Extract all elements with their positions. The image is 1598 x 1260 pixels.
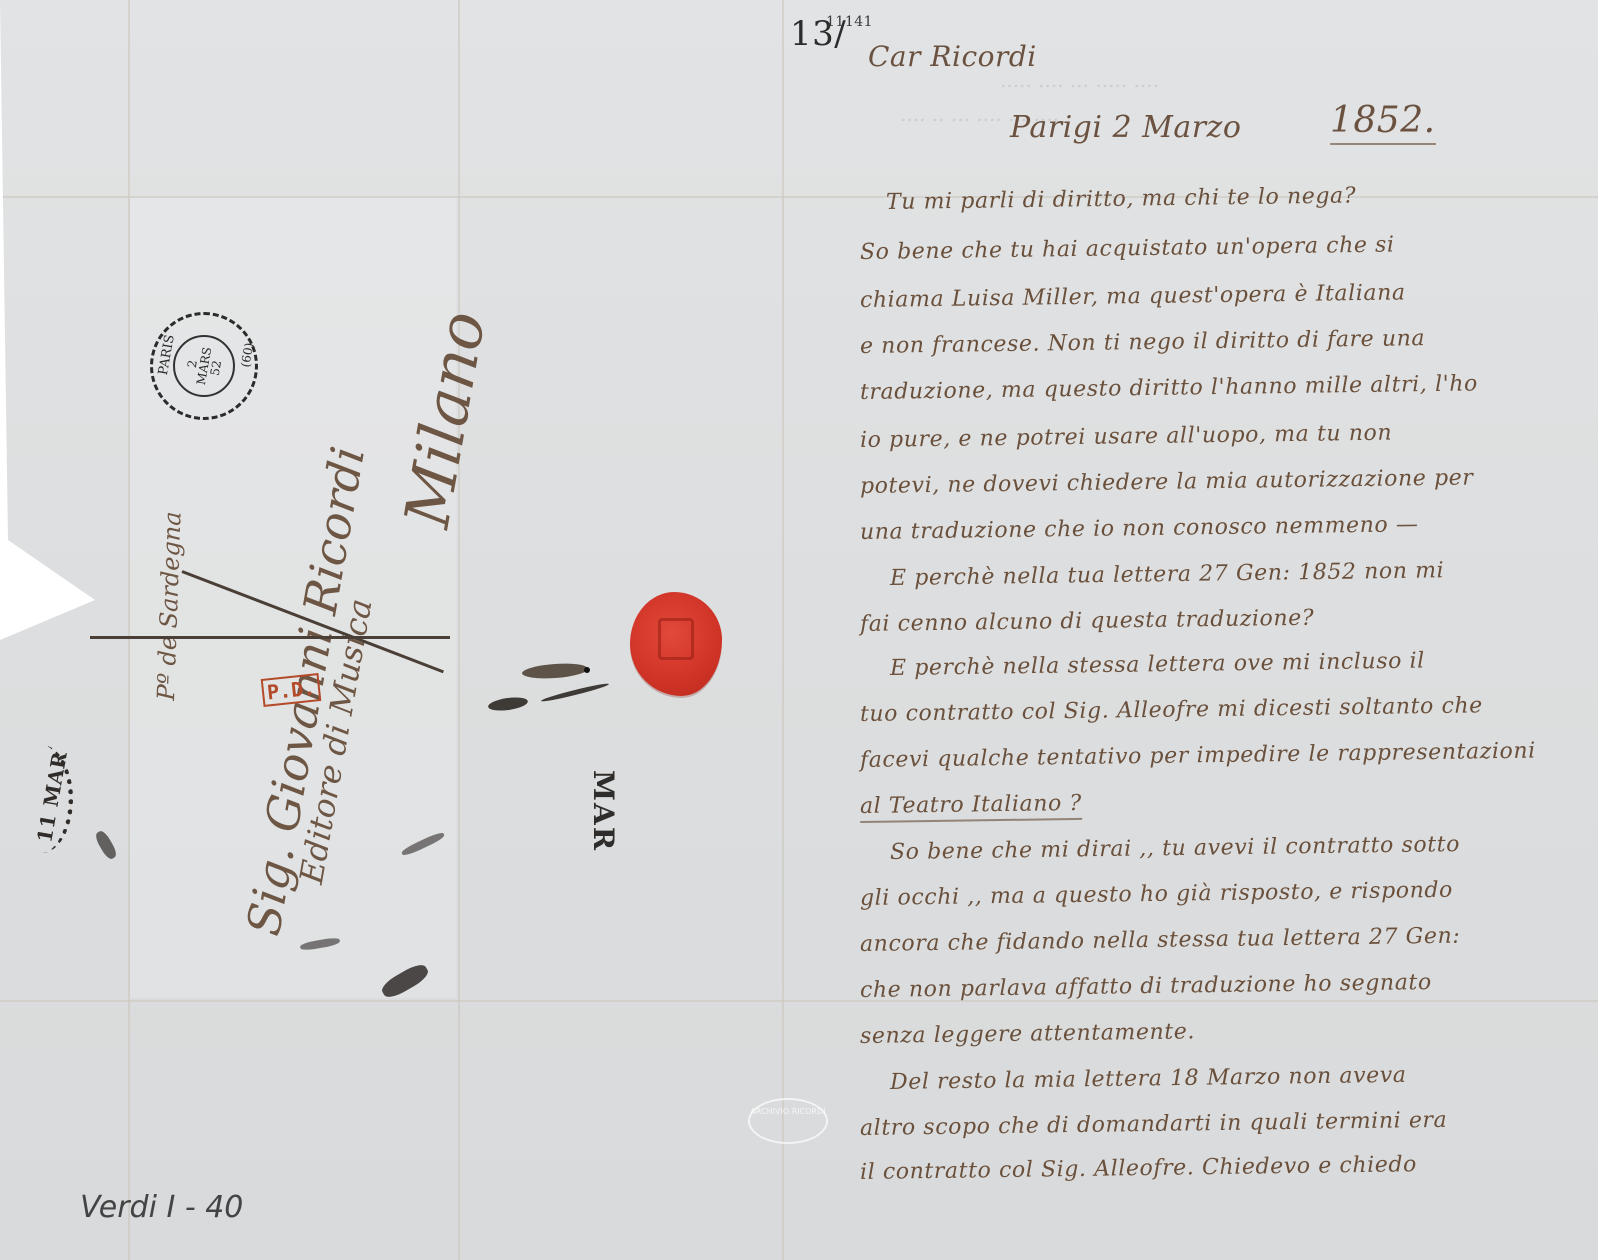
salutation: Car Ricordi [868, 40, 1037, 73]
ink-smudge [93, 829, 118, 861]
place-date: Parigi 2 Marzo [1010, 110, 1241, 145]
letter-line: ancora che fidando nella stessa tua lett… [860, 924, 1461, 957]
paris-postmark: 2 MARS 52 PARIS (60) [150, 312, 258, 420]
letter-line: il contratto col Sig. Alleofre. Chiedevo… [860, 1152, 1417, 1185]
letter-line: traduzione, ma questo diritto l'hanno mi… [860, 371, 1478, 405]
letter-line: che non parlava affatto di traduzione ho… [860, 970, 1432, 1003]
letter-line: So bene che tu hai acquistato un'opera c… [860, 233, 1395, 265]
left-edge-postmark: 11 MAR [10, 745, 73, 853]
letter-line: E perchè nella tua lettera 27 Gen: 1852 … [890, 558, 1445, 591]
letter-line: facevi qualche tentativo per impedire le… [860, 739, 1536, 773]
letter-line: So bene che mi dirai ,, tu avevi il cont… [890, 832, 1460, 865]
ink-mark [522, 662, 589, 681]
letter-line: gli occhi ,, ma a questo ho già risposto… [860, 878, 1453, 911]
letter-line: E perchè nella stessa lettera ove mi inc… [890, 649, 1425, 681]
letter-line: fai cenno alcuno di questa traduzione? [860, 606, 1315, 637]
letter-line: Del resto la mia lettera 18 Marzo non av… [890, 1063, 1407, 1095]
ink-mark [487, 695, 528, 712]
fold-line [458, 0, 460, 1260]
archive-sub-number: 11141 [826, 14, 873, 30]
letter-line: altro scopo che di domandarti in quali t… [860, 1108, 1448, 1141]
letter-line: e non francese. Non ti nego il diritto d… [860, 326, 1426, 359]
letter-line: al Teatro Italiano ? [860, 791, 1082, 823]
letter-line: chiama Luisa Miller, ma quest'opera è It… [860, 280, 1406, 313]
letter-year: 1852. [1330, 100, 1436, 145]
letter-line: Tu mi parli di diritto, ma chi te lo neg… [886, 183, 1357, 215]
ink-mark [540, 682, 609, 704]
left-edge-postmark-text: 11 MAR [32, 750, 72, 845]
arrival-stamp: MAR [587, 770, 620, 852]
catalog-note: Verdi I - 40 [80, 1190, 243, 1225]
fold-line [0, 1000, 1598, 1002]
letter-line: io pure, e ne potrei usare all'uopo, ma … [860, 421, 1393, 453]
letter-sheet: ..... .... ... ..... .... .... .. ... ..… [0, 0, 1598, 1260]
letter-line: potevi, ne dovevi chiedere la mia autori… [860, 465, 1474, 499]
cross-out-line [90, 636, 450, 639]
archive-blind-stamp: ARCHIVIO RICORDI [748, 1098, 828, 1144]
fold-line [782, 0, 784, 1260]
postmark-office: (60) [239, 342, 255, 368]
ink-dot [584, 667, 590, 673]
letter-line: una traduzione che io non conosco nemmen… [860, 512, 1419, 545]
wax-seal [630, 592, 722, 696]
letter-line: senza leggere attentamente. [860, 1019, 1195, 1049]
letter-line: tuo contratto col Sig. Alleofre mi dices… [860, 693, 1483, 727]
